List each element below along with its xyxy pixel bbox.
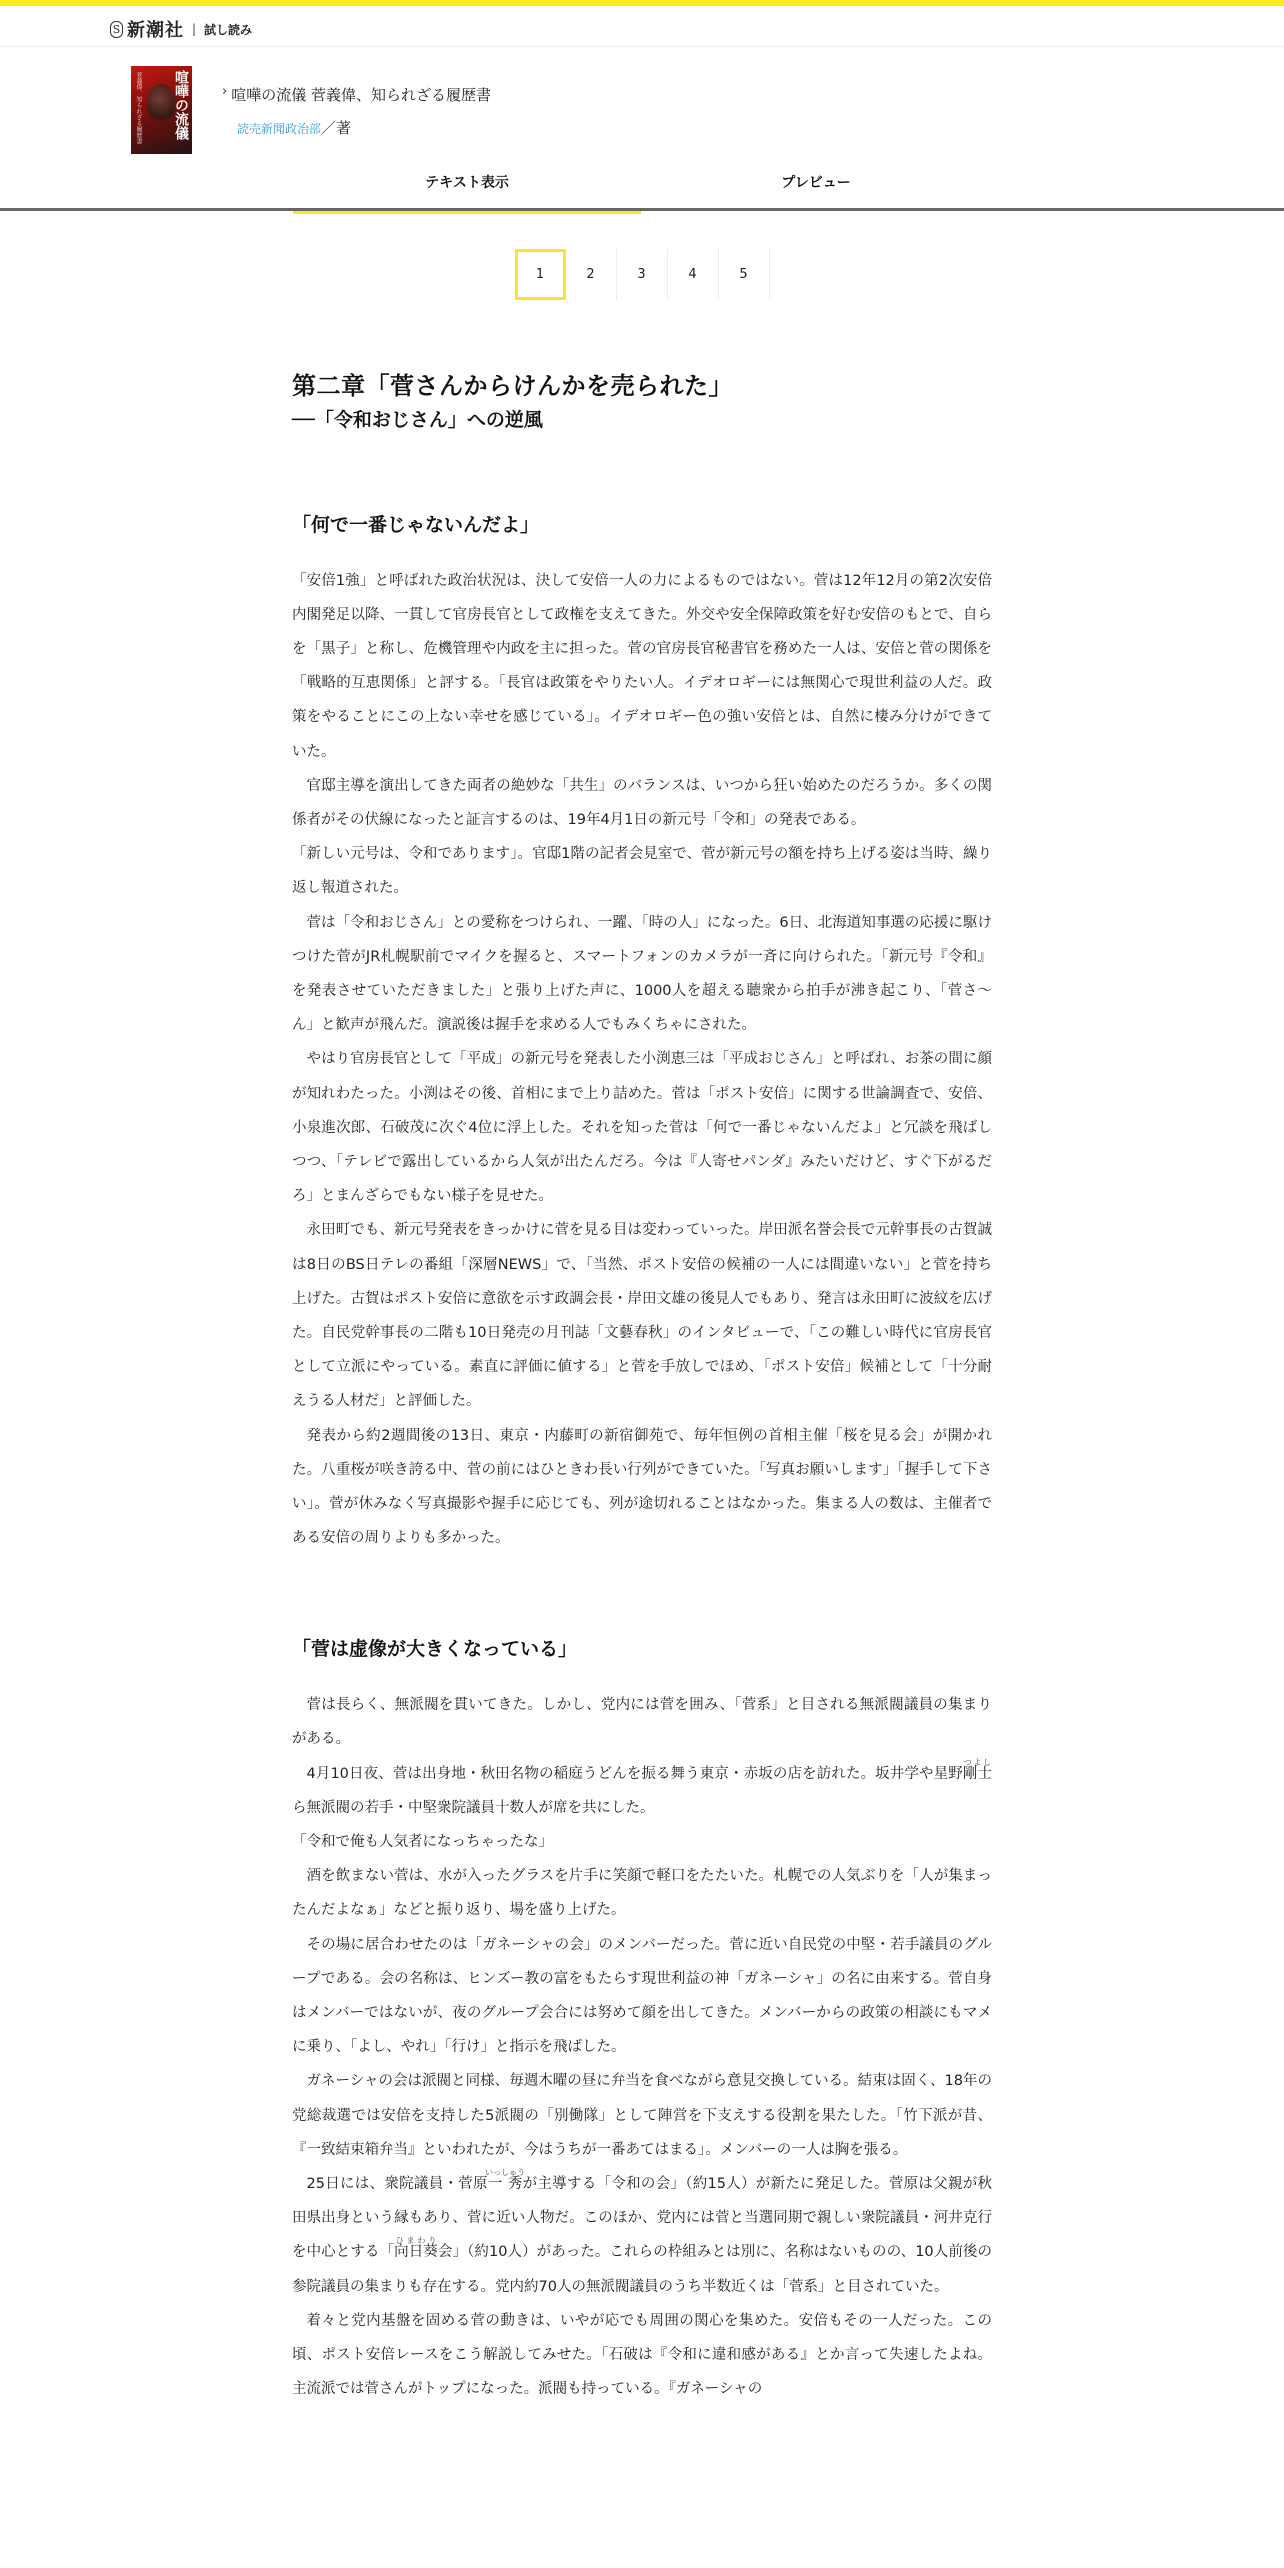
cover-portrait (147, 84, 175, 120)
page-button-5[interactable]: 5 (719, 249, 770, 300)
page-button-3[interactable]: 3 (617, 249, 668, 300)
author-role: ／著 (321, 119, 351, 137)
article-content: 第二章「菅さんからけんかを売られた」 ──「令和おじさん」への逆風 「何で一番じ… (292, 300, 992, 2406)
section-name: 試し読み (204, 21, 252, 38)
paragraph: 官邸主導を演出してきた両者の絶妙な「共生」のバランスは、いつから狂い始めたのだろ… (292, 769, 992, 837)
ruby-annotation: 剛士つよし (963, 1766, 992, 1782)
tab-preview[interactable]: プレビュー (641, 152, 991, 211)
logo-separator: | (192, 22, 196, 36)
book-author: 読売新聞政治部／著 (237, 117, 351, 138)
paragraph: ガネーシャの会は派閥と同様、毎週木曜の昼に弁当を食べながら意見交換している。結束… (292, 2064, 992, 2167)
cover-title: 喧嘩の流儀 (174, 70, 188, 140)
book-cover-image[interactable]: 喧嘩の流儀 菅義偉、知られざる履歴書 (131, 66, 192, 154)
paragraph: 「安倍1強」と呼ばれた政治状況は、決して安倍一人の力によるものではない。菅は12… (292, 564, 992, 769)
paragraph: やはり官房長官として「平成」の新元号を発表した小渕恵三は「平成おじさん」と呼ばれ… (292, 1042, 992, 1213)
site-header: S 新潮社 | 試し読み (0, 6, 1284, 47)
paragraph: 発表から約2週間後の13日、東京・内藤町の新宿御苑で、毎年恒例の首相主催「桜を見… (292, 1419, 992, 1556)
paragraph: 着々と党内基盤を固める菅の動きは、いやが応でも周囲の関心を集めた。安倍もその一人… (292, 2304, 992, 2407)
paragraph: 酒を飲まない菅は、水が入ったグラスを片手に笑顔で軽口をたたいた。札幌での人気ぶり… (292, 1859, 992, 1927)
section-heading: 「菅は虚像が大きくなっている」 (292, 1637, 992, 1662)
ruby-annotation: 一秀いっしゅう (488, 2176, 523, 2192)
chapter-subtitle: ──「令和おじさん」への逆風 (292, 408, 992, 433)
ruby-annotation: 向日葵ひまわり (394, 2244, 438, 2260)
view-tabs: テキスト表示 プレビュー (0, 152, 1284, 211)
paragraph-with-ruby: 25日には、衆院議員・菅原一秀いっしゅうが主導する「令和の会」（約15人）が新た… (292, 2167, 992, 2304)
publisher-name: 新潮社 (127, 16, 184, 42)
book-title-link[interactable]: › 喧嘩の流儀 菅義偉、知られざる履歴書 (222, 84, 491, 105)
paragraph: 「新しい元号は、令和であります」。官邸1階の記者会見室で、菅が新元号の額を持ち上… (292, 837, 992, 905)
cover-subtitle: 菅義偉、知られざる履歴書 (135, 72, 141, 144)
paragraph: 永田町でも、新元号発表をきっかけに菅を見る目は変わっていった。岸田派名誉会長で元… (292, 1213, 992, 1418)
page-button-1[interactable]: 1 (515, 249, 566, 300)
book-title: 喧嘩の流儀 菅義偉、知られざる履歴書 (231, 84, 491, 105)
page-button-2[interactable]: 2 (566, 249, 617, 300)
paragraph: 菅は長らく、無派閥を貫いてきた。しかし、党内には菅を囲み、「菅系」と目される無派… (292, 1688, 992, 1756)
paragraph: その場に居合わせたのは「ガネーシャの会」のメンバーだった。菅に近い自民党の中堅・… (292, 1928, 992, 2065)
shinchosha-logo-icon: S (110, 21, 123, 38)
author-link[interactable]: 読売新聞政治部 (237, 122, 321, 136)
paragraph-with-ruby: 4月10日夜、菅は出身地・秋田名物の稲庭うどんを振る舞う東京・赤坂の店を訪れた。… (292, 1757, 992, 1825)
paragraph: 菅は「令和おじさん」との愛称をつけられ、一躍、「時の人」になった。6日、北海道知… (292, 906, 992, 1043)
chevron-right-icon: › (222, 84, 227, 99)
publisher-logo[interactable]: S 新潮社 | 試し読み (110, 16, 252, 42)
section-heading: 「何で一番じゃないんだよ」 (292, 513, 992, 538)
book-info: 喧嘩の流儀 菅義偉、知られざる履歴書 › 喧嘩の流儀 菅義偉、知られざる履歴書 … (0, 47, 1284, 152)
tab-text-view[interactable]: テキスト表示 (293, 152, 641, 211)
pagination: 1 2 3 4 5 (0, 249, 1284, 300)
chapter-title: 第二章「菅さんからけんかを売られた」 (292, 371, 992, 402)
paragraph: 「令和で俺も人気者になっちゃったな」 (292, 1825, 992, 1859)
page-button-4[interactable]: 4 (668, 249, 719, 300)
